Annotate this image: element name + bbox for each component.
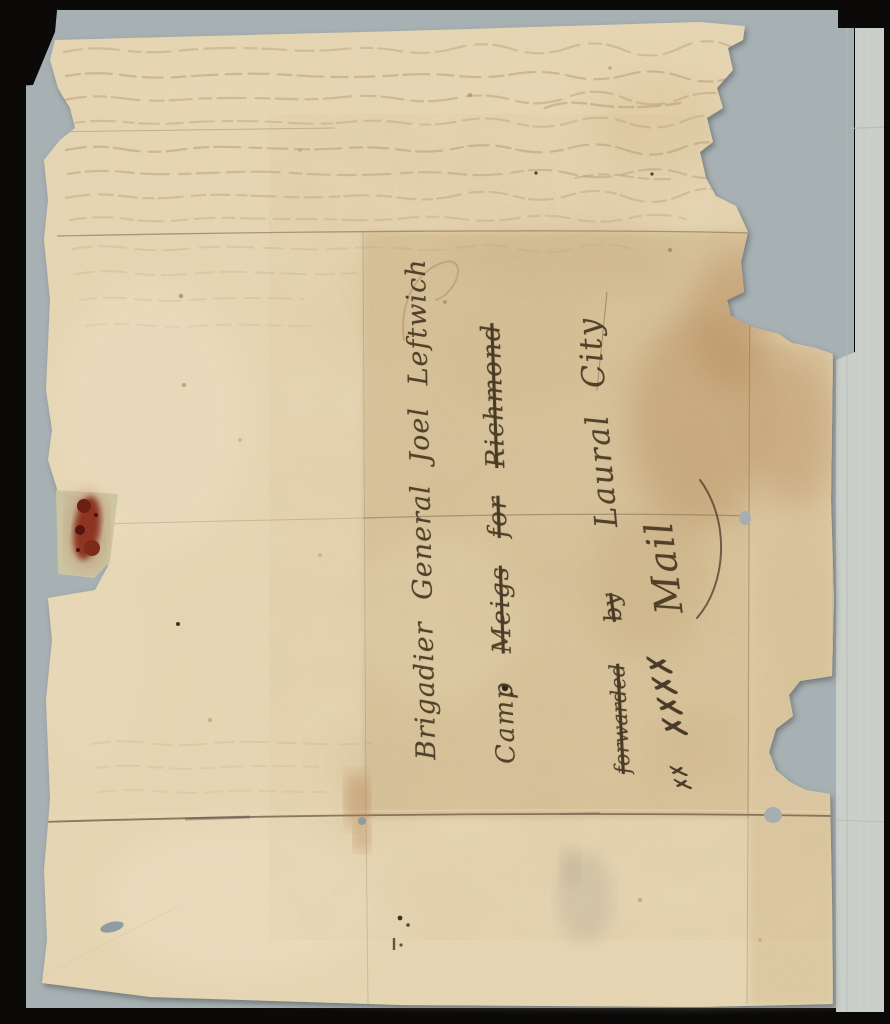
recipient-name: Brigadier General Joel Leftwich: [401, 258, 442, 760]
forwarded-word-struck: forwarded: [605, 663, 635, 774]
scanned-letter-verso: Brigadier General Joel Leftwich Camp Mei…: [0, 0, 890, 1024]
address-recipient-line: Brigadier General Joel Leftwich: [401, 258, 442, 760]
scanbed-corner-topright: [838, 0, 890, 28]
mail-annotation: Mail: [636, 518, 691, 617]
struck-word-1: Meigs: [485, 565, 518, 654]
camp-word: Camp: [489, 681, 522, 765]
scribble-mark-small: ✗✗: [666, 763, 697, 797]
struck-word-3: Richmond: [476, 323, 511, 469]
destination-place: Laural City: [571, 315, 625, 529]
address-original-line: Camp Meigs for Richmond: [476, 323, 521, 765]
scribbled-out-word: ✗✗✗✗: [642, 654, 696, 745]
address-block: Brigadier General Joel Leftwich Camp Mei…: [390, 240, 740, 800]
by-word-struck: by: [596, 591, 628, 624]
struck-word-2: for: [482, 495, 513, 538]
